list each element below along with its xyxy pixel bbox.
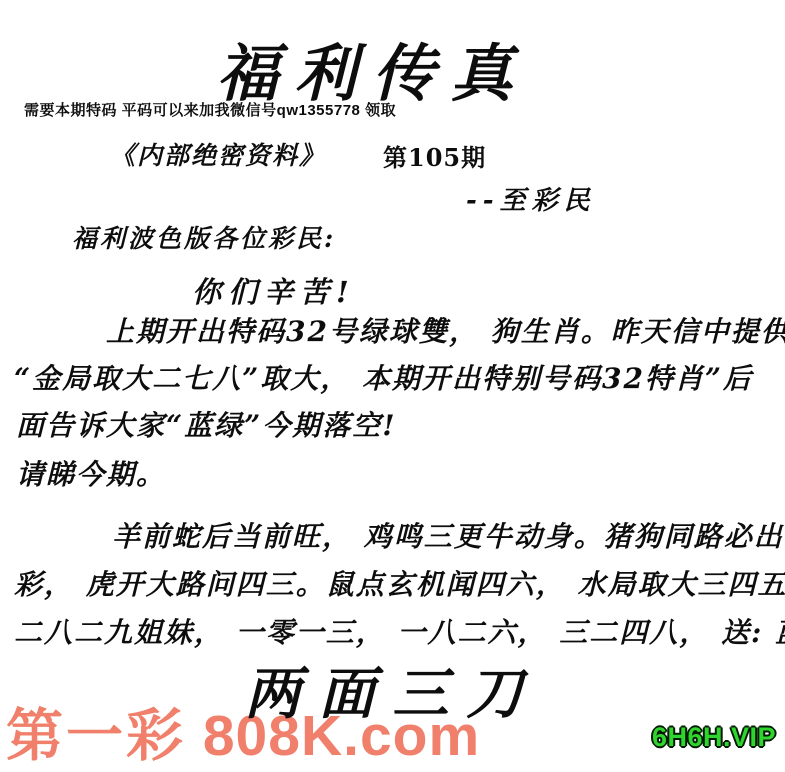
greeting-line: 福利波色版各位彩民: <box>72 219 336 255</box>
dedication-line: --至彩民 <box>466 180 596 217</box>
fax-document-page: 福利传真 需要本期特码 平码可以来加我微信号qw1355778 领取 《内部绝密… <box>0 0 785 772</box>
closing-phrase: 两面三刀 <box>0 650 785 730</box>
doc-classification-label: 《内部绝密资料》 <box>110 136 326 172</box>
issue-number: 第105期 <box>383 138 486 173</box>
paragraph1-line2: “金局取大二七八”取大， 本期开出特别号码32特肖”后 <box>14 357 753 397</box>
paragraph1-line1: 上期开出特码32号绿球雙， 狗生肖。昨天信中提供 <box>106 310 785 350</box>
paragraph2-line3: 二八二九姐妹， 一零一三， 一八二六， 三二四八， 送: 蓝绿 <box>14 611 785 651</box>
watermark-6h6h-vip: 6H6H.VIP <box>652 722 776 753</box>
opening-line: 你们辛苦! <box>192 270 356 311</box>
paragraph2-line1: 羊前蛇后当前旺， 鸡鸣三更牛动身。猪狗同路必出 <box>112 515 784 555</box>
paragraph1-line4: 请睇今期。 <box>16 453 166 493</box>
paragraph1-line3: 面告诉大家“蓝绿”今期落空! <box>16 404 397 444</box>
contact-note: 需要本期特码 平码可以来加我微信号qw1355778 领取 <box>24 99 396 120</box>
paragraph2-line2: 彩， 虎开大路问四三。鼠点玄机闻四六， 水局取大三四五。 <box>14 563 785 603</box>
